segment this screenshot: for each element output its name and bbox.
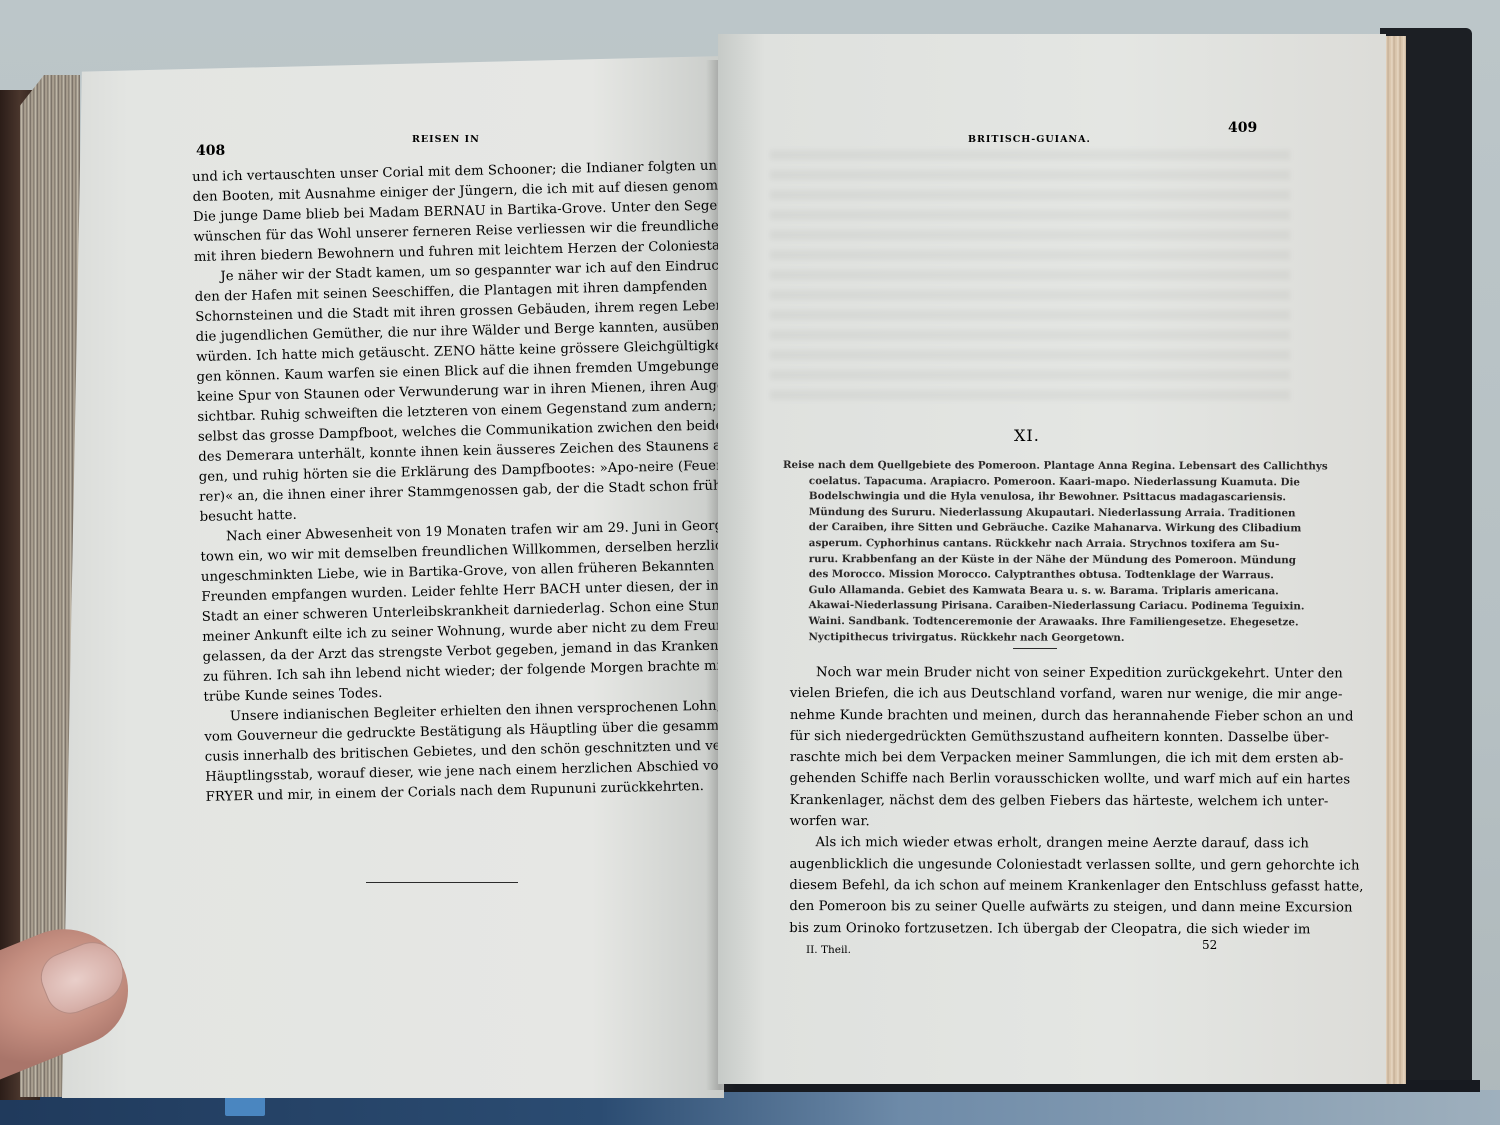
right-running-head: BRITISCH-GUIANA. — [968, 134, 1091, 145]
text-line: Krankenlager, nächst dem des gelben Fieb… — [790, 790, 1293, 813]
signature-mark: II. Theil. — [806, 944, 851, 956]
text-line: für sich niedergedrückten Gemüthszustand… — [790, 726, 1293, 749]
text-line: gehenden Schiffe nach Berlin vorausschic… — [790, 768, 1293, 791]
summary-line: Mündung des Sururu. Niederlassung Akupau… — [783, 505, 1273, 522]
chapter-number: XI. — [1014, 426, 1040, 445]
text-line: bis zum Orinoko fortzusetzen. Ich überga… — [789, 918, 1292, 941]
left-running-head: REISEN IN — [412, 134, 480, 145]
summary-line: Akawai-Niederlassung Pirisana. Caraiben-… — [783, 598, 1273, 615]
text-line: den Pomeroon bis zu seiner Quelle aufwär… — [789, 896, 1292, 919]
text-line: diesem Befehl, da ich schon auf meinem K… — [789, 875, 1292, 898]
paragraph-start: Als ich mich wieder etwas erholt, drange… — [789, 832, 1292, 855]
end-rule — [366, 882, 518, 883]
show-through-text — [770, 150, 1290, 410]
text-line: worfen war. — [790, 811, 1293, 834]
text-line: raschte mich bei dem Verpacken meiner Sa… — [790, 747, 1293, 770]
summary-line: coelatus. Tapacuma. Arapiacro. Pomeroon.… — [783, 474, 1273, 491]
text-line: vielen Briefen, die ich aus Deutschland … — [790, 683, 1293, 706]
summary-line: des Morocco. Mission Morocco. Calyptrant… — [783, 567, 1273, 584]
summary-line: Waini. Sandbank. Todtenceremonie der Ara… — [783, 614, 1273, 631]
summary-line: Nyctipithecus trivirgatus. Rückkehr nach… — [783, 630, 1273, 647]
right-page-body: Noch war mein Bruder nicht von seiner Ex… — [789, 662, 1293, 940]
right-page-number: 409 — [1228, 120, 1257, 136]
chapter-summary: Reise nach dem Quellgebiete des Pomeroon… — [783, 458, 1273, 646]
summary-line: Bodelschwingia und die Hyla venulosa, ih… — [783, 489, 1273, 506]
summary-line: der Caraiben, ihre Sitten und Gebräuche.… — [783, 520, 1273, 537]
summary-line: asperum. Cyphorhinus cantans. Rückkehr n… — [783, 536, 1273, 553]
summary-line: Reise nach dem Quellgebiete des Pomeroon… — [783, 458, 1273, 475]
text-line: augenblicklich die ungesunde Coloniestad… — [789, 854, 1292, 877]
paragraph-start: Noch war mein Bruder nicht von seiner Ex… — [790, 662, 1293, 685]
left-page-number: 408 — [196, 143, 225, 159]
blue-object — [225, 1096, 265, 1116]
summary-line: ruru. Krabbenfang an der Küste in der Nä… — [783, 552, 1273, 569]
summary-rule — [1013, 648, 1057, 649]
text-line: nehme Kunde brachten und meinen, durch d… — [790, 705, 1293, 728]
summary-line: Gulo Allamanda. Gebiet des Kamwata Beara… — [783, 583, 1273, 600]
left-page-body: und ich vertauschten unser Corial mit de… — [192, 158, 684, 808]
gathering-number: 52 — [1202, 938, 1217, 952]
